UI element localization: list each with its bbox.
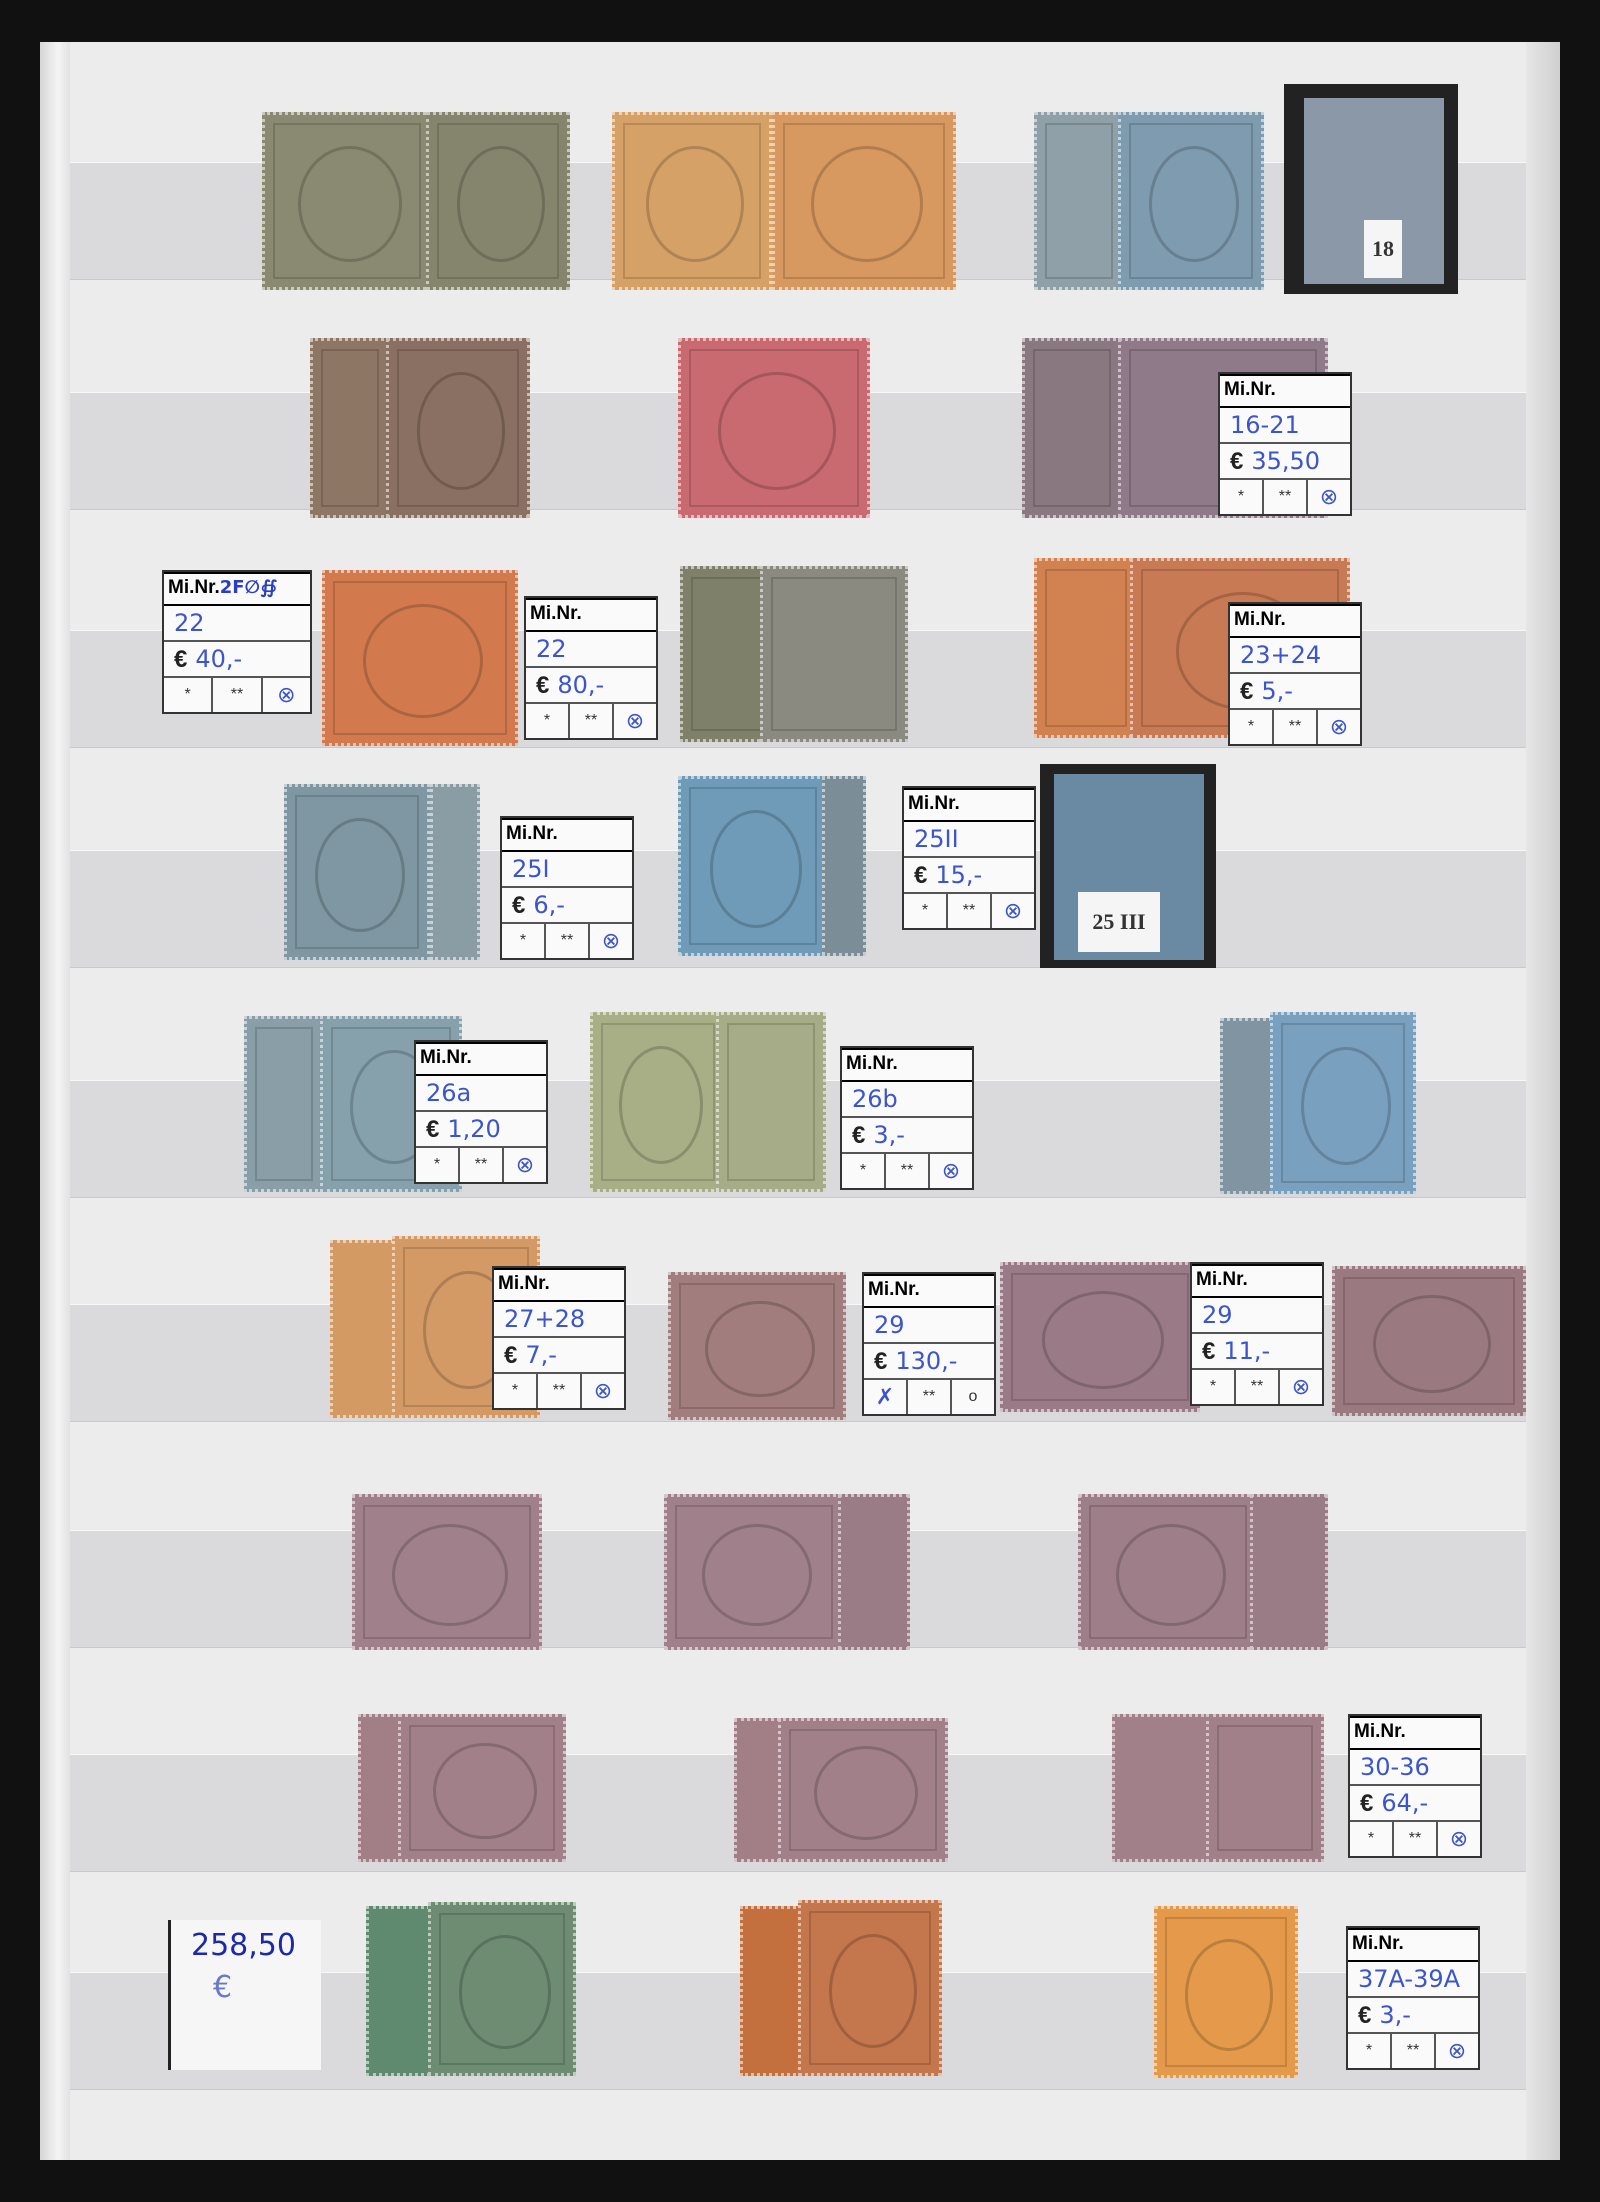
catalog-price: €80,-	[526, 668, 656, 704]
condition-box: **	[546, 924, 590, 958]
card-header: Mi.Nr.	[1348, 1928, 1478, 1962]
catalog-price: €11,-	[1192, 1334, 1322, 1370]
condition-box: **	[1392, 2034, 1436, 2068]
stamp	[1250, 1494, 1328, 1650]
catalog-price: €15,-	[904, 858, 1034, 894]
stamp	[1034, 112, 1124, 290]
stamp	[366, 1906, 436, 2076]
catalog-card: Mi.Nr.37A-39A€3,-***⊗	[1346, 1926, 1480, 2070]
condition-box: **	[213, 678, 262, 712]
card-header: Mi.Nr.	[1230, 604, 1360, 638]
condition-box: **	[538, 1374, 582, 1408]
condition-box: ⊗	[1436, 2034, 1478, 2068]
catalog-number: 16-21	[1220, 408, 1350, 444]
condition-box: ⊗	[590, 924, 632, 958]
condition-box: o	[952, 1380, 994, 1414]
condition-box: *	[526, 704, 570, 738]
stamp	[1154, 1906, 1298, 2078]
condition-boxes: ✗**o	[864, 1380, 994, 1414]
condition-box: *	[904, 894, 948, 928]
stamp	[760, 566, 908, 742]
card-header: Mi.Nr.	[1350, 1716, 1480, 1750]
condition-box: *	[1192, 1370, 1236, 1404]
stamp	[398, 1714, 566, 1862]
catalog-card: Mi.Nr.22€80,-***⊗	[524, 596, 658, 740]
catalog-number: 25I	[502, 852, 632, 888]
catalog-number: 29	[864, 1308, 994, 1344]
catalog-card: Mi.Nr.29€130,-✗**o	[862, 1272, 996, 1416]
binder-edge-left	[40, 42, 70, 2160]
stamp	[668, 1272, 846, 1420]
stamp	[1112, 1714, 1216, 1862]
catalog-number: 22	[164, 606, 310, 642]
stamp	[678, 776, 828, 956]
condition-box: **	[948, 894, 992, 928]
condition-box: ✗	[864, 1380, 908, 1414]
catalog-number: 37A-39A	[1348, 1962, 1478, 1998]
stamp	[772, 112, 956, 290]
catalog-card: Mi.Nr.2F∅∯22€40,-***⊗	[162, 570, 312, 714]
catalog-number: 26b	[842, 1082, 972, 1118]
total-value: 258,50	[191, 1928, 296, 1963]
card-header: Mi.Nr.2F∅∯	[164, 572, 310, 606]
binder-edge-right	[1526, 42, 1560, 2160]
condition-boxes: ***⊗	[1192, 1370, 1322, 1404]
stamp	[262, 112, 432, 290]
catalog-price: €1,20	[416, 1112, 546, 1148]
stamp	[1022, 338, 1122, 518]
condition-box: ⊗	[582, 1374, 624, 1408]
stamp	[428, 1902, 576, 2076]
catalog-number: 29	[1192, 1298, 1322, 1334]
condition-boxes: ***⊗	[1348, 2034, 1478, 2068]
card-header: Mi.Nr.	[502, 818, 632, 852]
catalog-card: Mi.Nr.26a€1,20***⊗	[414, 1040, 548, 1184]
stamp	[426, 112, 570, 290]
condition-box: **	[886, 1154, 930, 1188]
header-annotation: 2F∅∯	[220, 577, 278, 598]
stamp	[1270, 1012, 1416, 1194]
printed-label: 18	[1364, 220, 1402, 278]
condition-boxes: ***⊗	[494, 1374, 624, 1408]
condition-boxes: ***⊗	[1230, 710, 1360, 744]
stamp	[740, 1906, 802, 2076]
catalog-card: Mi.Nr.25II€15,-***⊗	[902, 786, 1036, 930]
condition-box: ⊗	[1308, 480, 1350, 514]
card-header: Mi.Nr.	[1220, 374, 1350, 408]
condition-box: ⊗	[992, 894, 1034, 928]
catalog-price: €3,-	[1348, 1998, 1478, 2034]
stamp	[822, 776, 866, 956]
catalog-number: 30-36	[1350, 1750, 1480, 1786]
condition-box: **	[460, 1148, 504, 1182]
stamp	[284, 784, 430, 960]
condition-box: ⊗	[504, 1148, 546, 1182]
stamp	[798, 1900, 942, 2076]
stamp	[838, 1494, 910, 1650]
condition-box: ⊗	[263, 678, 310, 712]
catalog-price: €3,-	[842, 1118, 972, 1154]
condition-box: **	[1264, 480, 1308, 514]
card-header: Mi.Nr.	[526, 598, 656, 632]
stamp	[386, 338, 530, 518]
condition-box: *	[164, 678, 213, 712]
condition-boxes: ***⊗	[904, 894, 1034, 928]
catalog-price: €5,-	[1230, 674, 1360, 710]
catalog-price: €64,-	[1350, 1786, 1480, 1822]
stamp	[1078, 1494, 1258, 1650]
condition-boxes: ***⊗	[502, 924, 632, 958]
condition-boxes: ***⊗	[1220, 480, 1350, 514]
stamp	[1118, 112, 1264, 290]
catalog-card: Mi.Nr.27+28€7,-***⊗	[492, 1266, 626, 1410]
stamp	[678, 338, 870, 518]
condition-box: *	[1348, 2034, 1392, 2068]
condition-box: ⊗	[930, 1154, 972, 1188]
stamp	[1206, 1714, 1324, 1862]
catalog-number: 25II	[904, 822, 1034, 858]
condition-box: **	[570, 704, 614, 738]
condition-box: ⊗	[1438, 1822, 1480, 1856]
stamp	[330, 1240, 400, 1418]
condition-boxes: ***⊗	[1350, 1822, 1480, 1856]
catalog-card: Mi.Nr.16-21€35,50***⊗	[1218, 372, 1352, 516]
stamp	[430, 784, 480, 960]
condition-boxes: ***⊗	[164, 678, 310, 712]
condition-box: *	[1220, 480, 1264, 514]
condition-box: ⊗	[1318, 710, 1360, 744]
condition-box: ⊗	[614, 704, 656, 738]
stamp	[1034, 558, 1138, 738]
card-header: Mi.Nr.	[1192, 1264, 1322, 1298]
catalog-number: 26a	[416, 1076, 546, 1112]
stamp	[778, 1718, 948, 1862]
card-header: Mi.Nr.	[864, 1274, 994, 1308]
condition-boxes: ***⊗	[842, 1154, 972, 1188]
condition-box: **	[908, 1380, 952, 1414]
catalog-number: 22	[526, 632, 656, 668]
stamp	[716, 1012, 826, 1192]
condition-box: **	[1236, 1370, 1280, 1404]
card-header: Mi.Nr.	[904, 788, 1034, 822]
stamp	[664, 1494, 844, 1650]
catalog-number: 23+24	[1230, 638, 1360, 674]
condition-box: ⊗	[1280, 1370, 1322, 1404]
card-header: Mi.Nr.	[494, 1268, 624, 1302]
condition-box: *	[502, 924, 546, 958]
total-currency: €	[213, 1970, 232, 2005]
total-note: 258,50 €	[168, 1920, 321, 2070]
catalog-price: €7,-	[494, 1338, 624, 1374]
condition-box: *	[1230, 710, 1274, 744]
condition-boxes: ***⊗	[416, 1148, 546, 1182]
catalog-card: Mi.Nr.23+24€5,-***⊗	[1228, 602, 1362, 746]
condition-box: *	[494, 1374, 538, 1408]
condition-box: *	[1350, 1822, 1394, 1856]
stamp-mount-black: 18	[1284, 84, 1458, 294]
stamp	[244, 1016, 324, 1192]
condition-box: **	[1394, 1822, 1438, 1856]
stamp-mount-black: 25 III	[1040, 764, 1216, 968]
stamp	[590, 1012, 726, 1192]
printed-label: 25 III	[1078, 892, 1160, 952]
condition-boxes: ***⊗	[526, 704, 656, 738]
catalog-card: Mi.Nr.29€11,-***⊗	[1190, 1262, 1324, 1406]
catalog-card: Mi.Nr.30-36€64,-***⊗	[1348, 1714, 1482, 1858]
card-header: Mi.Nr.	[416, 1042, 546, 1076]
condition-box: **	[1274, 710, 1318, 744]
condition-box: *	[842, 1154, 886, 1188]
catalog-card: Mi.Nr.26b€3,-***⊗	[840, 1046, 974, 1190]
stamp	[352, 1494, 542, 1650]
stamp	[322, 570, 518, 746]
catalog-price: €130,-	[864, 1344, 994, 1380]
stamp	[1000, 1262, 1200, 1412]
condition-box: *	[416, 1148, 460, 1182]
stamp	[310, 338, 390, 518]
catalog-card: Mi.Nr.25I€6,-***⊗	[500, 816, 634, 960]
catalog-number: 27+28	[494, 1302, 624, 1338]
catalog-price: €6,-	[502, 888, 632, 924]
catalog-price: €35,50	[1220, 444, 1350, 480]
stamp	[612, 112, 772, 290]
catalog-price: €40,-	[164, 642, 310, 678]
stamp	[1332, 1266, 1526, 1416]
card-header: Mi.Nr.	[842, 1048, 972, 1082]
